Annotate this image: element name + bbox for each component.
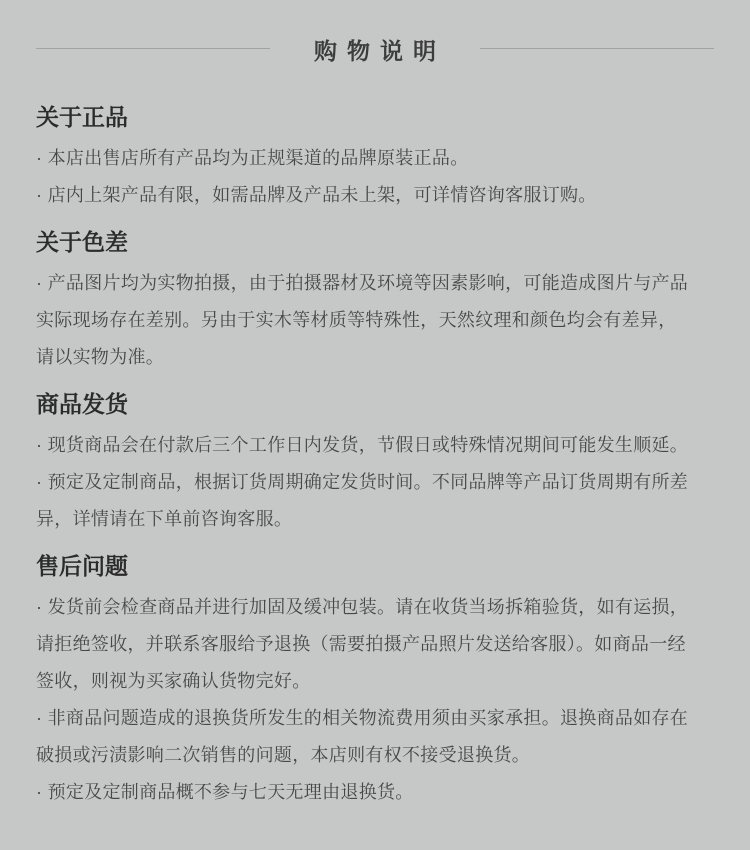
bullet-text-line: · 本店出售店所有产品均为正规渠道的品牌原装正品。: [36, 140, 714, 177]
section-1: 关于正品· 本店出售店所有产品均为正规渠道的品牌原装正品。· 店内上架产品有限，…: [36, 102, 714, 214]
text-line: 异，详情请在下单前咨询客服。: [36, 501, 714, 538]
section-4: 售后问题· 发货前会检查商品并进行加固及缓冲包装。请在收货当场拆箱验货，如有运损…: [36, 551, 714, 811]
text-line: 破损或污渍影响二次销售的问题，本店则有权不接受退换货。: [36, 737, 714, 774]
bullet-text-line: · 非商品问题造成的退换货所发生的相关物流费用须由买家承担。退换商品如存在: [36, 700, 714, 737]
divider-line-right: [480, 48, 714, 50]
bullet-text-line: · 预定及定制商品，根据订货周期确定发货时间。不同品牌等产品订货周期有所差: [36, 464, 714, 501]
text-line: 请拒绝签收，并联系客服给予退换（需要拍摄产品照片发送给客服）。如商品一经: [36, 626, 714, 663]
page-title: 购物说明: [304, 33, 446, 66]
text-line: 签收，则视为买家确认货物完好。: [36, 663, 714, 700]
bullet-text-line: · 预定及定制商品概不参与七天无理由退换货。: [36, 774, 714, 811]
bullet-text-line: · 现货商品会在付款后三个工作日内发货，节假日或特殊情况期间可能发生顺延。: [36, 427, 714, 464]
section-heading: 售后问题: [36, 551, 714, 581]
text-line: 实际现场存在差别。另由于实木等材质等特殊性，天然纹理和颜色均会有差异，: [36, 302, 714, 339]
section-heading: 关于正品: [36, 102, 714, 132]
section-2: 关于色差· 产品图片均为实物拍摄，由于拍摄器材及环境等因素影响，可能造成图片与产…: [36, 227, 714, 376]
bullet-text-line: · 发货前会检查商品并进行加固及缓冲包装。请在收货当场拆箱验货，如有运损，: [36, 589, 714, 626]
divider-line-left: [36, 48, 270, 50]
text-line: 请以实物为准。: [36, 339, 714, 376]
shopping-notes-page: 购物说明 关于正品· 本店出售店所有产品均为正规渠道的品牌原装正品。· 店内上架…: [0, 0, 750, 850]
section-3: 商品发货· 现货商品会在付款后三个工作日内发货，节假日或特殊情况期间可能发生顺延…: [36, 389, 714, 538]
sections-container: 关于正品· 本店出售店所有产品均为正规渠道的品牌原装正品。· 店内上架产品有限，…: [36, 102, 714, 811]
title-row: 购物说明: [36, 36, 714, 62]
bullet-text-line: · 店内上架产品有限，如需品牌及产品未上架，可详情咨询客服订购。: [36, 177, 714, 214]
bullet-text-line: · 产品图片均为实物拍摄，由于拍摄器材及环境等因素影响，可能造成图片与产品: [36, 265, 714, 302]
section-heading: 商品发货: [36, 389, 714, 419]
section-heading: 关于色差: [36, 227, 714, 257]
